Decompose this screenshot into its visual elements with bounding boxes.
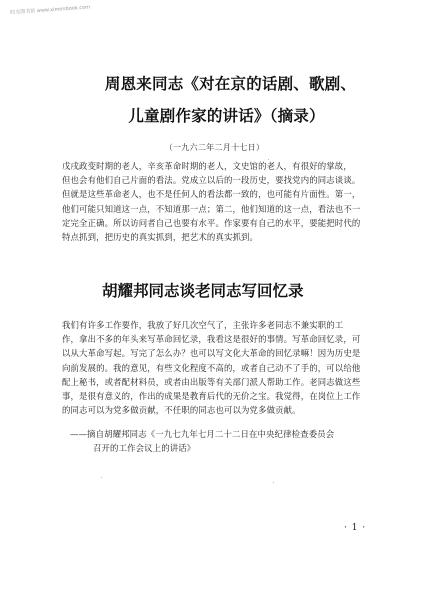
text-line: 的同志可以为党多做贡献，不任职的同志也可以为党多做贡献。	[62, 403, 360, 417]
scan-speck	[268, 159, 269, 160]
page-number: · 1 ·	[344, 523, 366, 533]
text-line: 特点抓到，把历史的真实抓到，把艺术的真实抓到。	[62, 230, 360, 244]
text-line: 配上秘书，或者配材料员，或者由出版等有关部门派人帮助工作。老同志做这些	[62, 375, 360, 389]
text-line: 我们有许多工作要作，我放了好几次空气了，主张许多老同志不兼实职的工	[62, 318, 360, 332]
section1-date: （一九六二年二月十七日）	[0, 142, 429, 153]
text-line: 但也会有他们自己片面的看法。党成立以后的一段历史，要找党内的同志谈谈。	[62, 173, 360, 187]
source-citation-line2: 召开的工作会议上的讲话》	[93, 442, 195, 454]
source-citation-line1: ——摘自胡耀邦同志《一九七九年七月二十二日在中央纪律检查委员会	[70, 428, 334, 440]
section2-title: 胡耀邦同志谈老同志写回忆录	[102, 279, 304, 301]
text-line: 但就是这些革命老人，也不是任何人的看法都一致的，也可能有片面性。第一，	[62, 187, 360, 201]
section1-title-line2: 儿童剧作家的讲话》（摘录）	[12, 104, 429, 126]
text-line: 戊戌政变时期的老人，辛亥革命时期的老人，文史馆的老人，有很好的掌故，	[62, 159, 360, 173]
text-line: 作，拿出不多的年头来写革命回忆录，我看这是很好的事情。写革命回忆录，可	[62, 332, 360, 346]
text-line: 他们可能只知道这一点，不知道那一点；第二，他们知道的这一点，看法也不一	[62, 202, 360, 216]
section1-paragraph: 戊戌政变时期的老人，辛亥革命时期的老人，文史馆的老人，有很好的掌故， 但也会有他…	[62, 159, 360, 244]
scan-speck	[273, 482, 274, 483]
section2-paragraph: 我们有许多工作要作，我放了好几次空气了，主张许多老同志不兼实职的工 作，拿出不多…	[62, 318, 360, 417]
text-line: 事，是很有意义的，作出的成果是教育后代的无价之宝。我觉得，在岗位上工作	[62, 389, 360, 403]
text-line: 定完全正确。所以访问者自己也要有水平。作家要有自己的水平，要能把时代的	[62, 216, 360, 230]
text-line: 以从大革命写起。写完了怎么办？也可以写文化大革命的回忆录嘛！因为历史是	[62, 346, 360, 360]
scan-speck	[101, 477, 102, 478]
watermark: 时光图书馆 www.ximenbook.com	[10, 3, 90, 16]
text-line: 向前发展的。我的意见，有些文化程度不高的，或者自己动不了手的，可以给他	[62, 361, 360, 375]
section1-title-line1: 周恩来同志《对在京的话剧、歌剧、	[16, 72, 429, 94]
